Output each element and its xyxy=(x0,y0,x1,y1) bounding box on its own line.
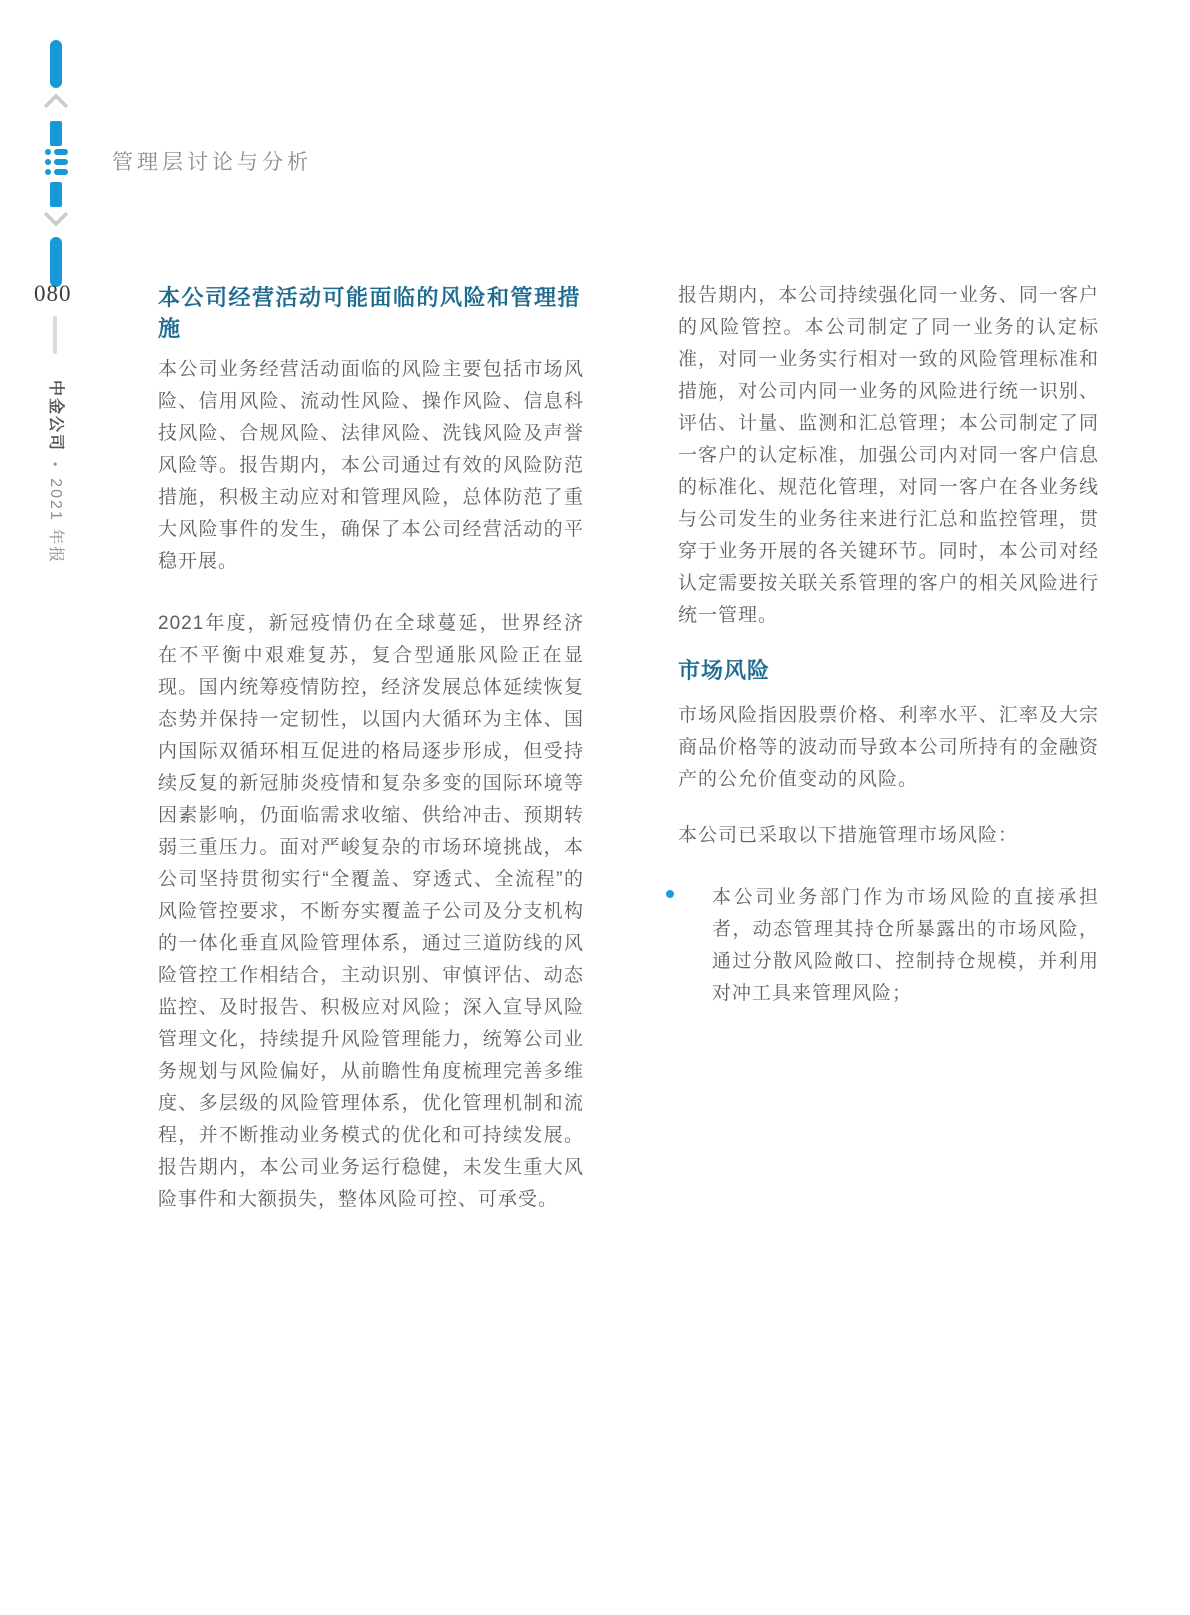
list-icon-dash xyxy=(54,159,68,165)
decorative-bar-lower xyxy=(50,182,62,207)
decorative-bar-top xyxy=(50,40,62,88)
report-page: 080 中金公司•2021 年报 管理层讨论与分析 本公司经营活动可能面临的风险… xyxy=(0,0,1190,1615)
list-icon xyxy=(45,149,69,175)
list-item: 本公司业务部门作为市场风险的直接承担者，动态管理其持仓所暴露出的市场风险，通过分… xyxy=(678,882,1099,1010)
body-paragraph: 报告期内，本公司持续强化同一业务、同一客户的风险管控。本公司制定了同一业务的认定… xyxy=(678,280,1099,632)
chevron-down-icon xyxy=(42,210,70,228)
body-paragraph: 2021年度，新冠疫情仍在全球蔓延，世界经济在不平衡中艰难复苏，复合型通胀风险正… xyxy=(158,608,584,1216)
spine-title: 中金公司•2021 年报 xyxy=(46,380,64,564)
list-icon-dash xyxy=(54,149,68,155)
left-column: 本公司经营活动可能面临的风险和管理措施 本公司业务经营活动面临的风险主要包括市场… xyxy=(158,282,584,1246)
chevron-up-icon xyxy=(42,92,70,110)
bullet-paragraph: 本公司业务部门作为市场风险的直接承担者，动态管理其持仓所暴露出的市场风险，通过分… xyxy=(712,882,1099,1010)
market-risk-heading: 市场风险 xyxy=(678,656,1099,686)
decorative-bar-upper xyxy=(50,121,62,146)
page-number: 080 xyxy=(34,281,72,307)
body-paragraph: 本公司业务经营活动面临的风险主要包括市场风险、信用风险、流动性风险、操作风险、信… xyxy=(158,354,584,578)
right-column: 报告期内，本公司持续强化同一业务、同一客户的风险管控。本公司制定了同一业务的认定… xyxy=(678,280,1099,1010)
separator-dot-icon: • xyxy=(48,462,62,468)
edition-label: 2021 年报 xyxy=(47,478,64,564)
list-icon-dot xyxy=(45,169,51,175)
section-header: 管理层讨论与分析 xyxy=(112,146,312,176)
body-paragraph: 市场风险指因股票价格、利率水平、汇率及大宗商品价格等的波动而导致本公司所持有的金… xyxy=(678,700,1099,796)
list-icon-dash xyxy=(54,169,68,175)
decorative-bar-bottom xyxy=(50,237,62,287)
ring-bullet-icon xyxy=(666,890,674,898)
body-paragraph: 本公司已采取以下措施管理市场风险： xyxy=(678,820,1099,852)
article-heading: 本公司经营活动可能面临的风险和管理措施 xyxy=(158,282,584,344)
list-icon-dot xyxy=(45,159,51,165)
brand-name: 中金公司 xyxy=(47,380,64,452)
list-icon-dot xyxy=(45,149,51,155)
page-number-divider xyxy=(53,316,57,354)
